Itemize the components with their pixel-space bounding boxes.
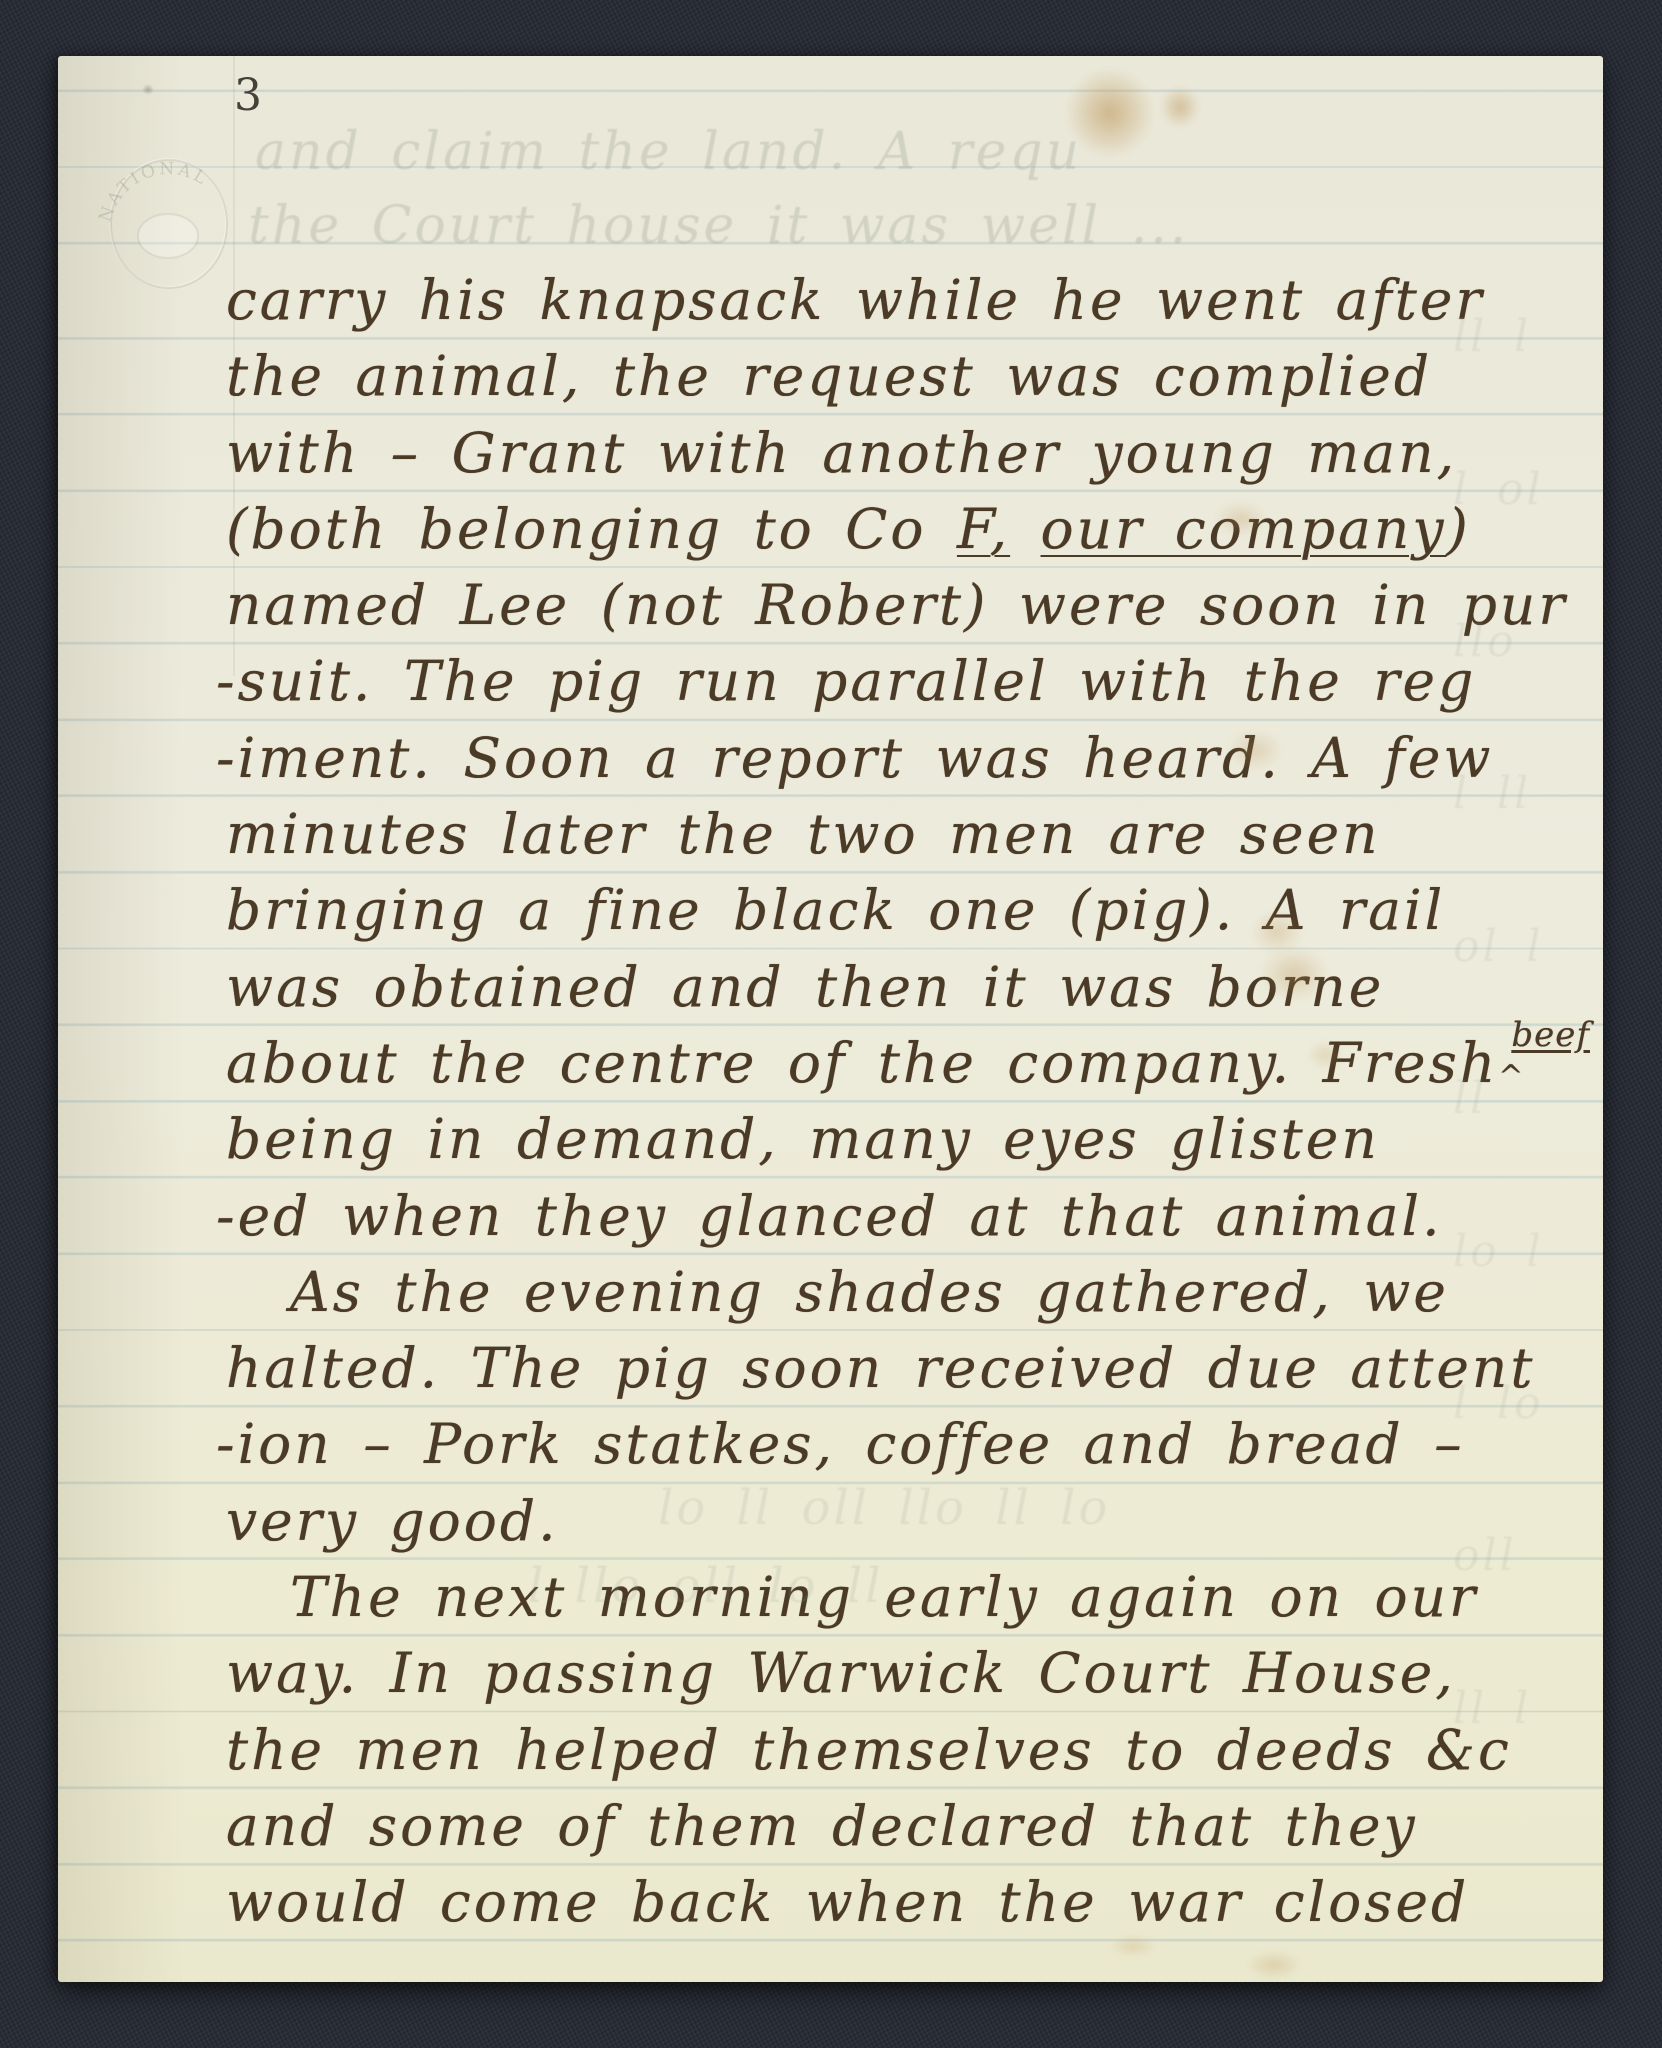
scan-background: NATIONAL and claim the land. A requ the … [0, 0, 1662, 2048]
insertion-word: beef [1511, 1015, 1590, 1055]
ghost-showthrough-strip: ll l [1453, 311, 1603, 362]
manuscript-line: (both belonging to Co F, our company) [58, 491, 1603, 567]
stain-mark [1205, 495, 1277, 543]
smudge-mark [140, 82, 156, 97]
svg-text:NATIONAL: NATIONAL [95, 159, 212, 224]
stain-mark [1300, 1035, 1350, 1075]
manuscript-line: would come back when the war closed [58, 1864, 1603, 1940]
manuscript-line: bringing a fine black one (pig). A rail [58, 872, 1603, 948]
line-segment [1010, 497, 1040, 561]
manuscript-line: being in demand, many eyes glisten [58, 1101, 1603, 1177]
stain-mark [1100, 1930, 1166, 1962]
ghost-showthrough-line: l llo oll lo ll [528, 1558, 884, 1614]
stain-mark [1215, 720, 1295, 780]
ghost-showthrough-strip: l ll [1453, 768, 1603, 819]
manuscript-line: the animal, the request was complied [58, 338, 1603, 414]
manuscript-line: way. In passing Warwick Court House, [58, 1635, 1603, 1711]
stain-mark [1152, 78, 1208, 136]
ghost-showthrough-line: the Court house it was well ... [248, 196, 1189, 256]
manuscript-line: minutes later the two men are seen [58, 796, 1603, 872]
manuscript-line: carry his knapsack while he went after [58, 262, 1603, 338]
manuscript-line: halted. The pig soon received due attent [58, 1330, 1603, 1406]
ghost-showthrough-strip: lo l [1453, 1226, 1603, 1277]
manuscript-line: -suit. The pig run parallel with the reg [58, 643, 1603, 719]
manuscript-page: NATIONAL and claim the land. A requ the … [58, 56, 1603, 1982]
ghost-showthrough-strip: l ol [1453, 464, 1603, 515]
manuscript-line: the men helped themselves to deeds &c [58, 1712, 1603, 1788]
ghost-showthrough-strip: ll l [1453, 1683, 1603, 1734]
stamp-arc-text: NATIONAL [95, 159, 212, 224]
page-number: 3 [234, 70, 262, 121]
manuscript-line: named Lee (not Robert) were soon in pur [58, 567, 1603, 643]
manuscript-line: about the centre of the company. Fresh^b… [58, 1025, 1603, 1101]
manuscript-line: -ion – Pork statkes, coffee and bread – [58, 1406, 1603, 1482]
line-segment: (both belonging to Co [226, 497, 957, 561]
stain-mark [1235, 1945, 1313, 1982]
ghost-showthrough-line: lo ll oll llo ll lo [658, 1480, 1110, 1536]
ghost-showthrough-line: and claim the land. A requ [255, 122, 1082, 182]
stain-mark [1245, 935, 1343, 1013]
ghost-showthrough-strip: ll [1453, 1073, 1603, 1124]
manuscript-line: As the evening shades gathered, we [58, 1254, 1603, 1330]
manuscript-line: with – Grant with another young man, [58, 415, 1603, 491]
ghost-showthrough-strip: l lo [1453, 1378, 1603, 1429]
ghost-showthrough-strip: oll [1453, 1530, 1603, 1581]
manuscript-line: -iment. Soon a report was heard. A few [58, 720, 1603, 796]
underlined-phrase: F, [957, 497, 1010, 561]
manuscript-line: -ed when they glanced at that animal. [58, 1178, 1603, 1254]
manuscript-line: and some of them declared that they [58, 1788, 1603, 1864]
manuscript-text-block: carry his knapsack while he went after t… [58, 262, 1603, 1941]
ghost-showthrough-strip: llo [1453, 616, 1603, 667]
ghost-showthrough-strip: ol l [1453, 921, 1603, 972]
manuscript-line: was obtained and then it was borne [58, 949, 1603, 1025]
